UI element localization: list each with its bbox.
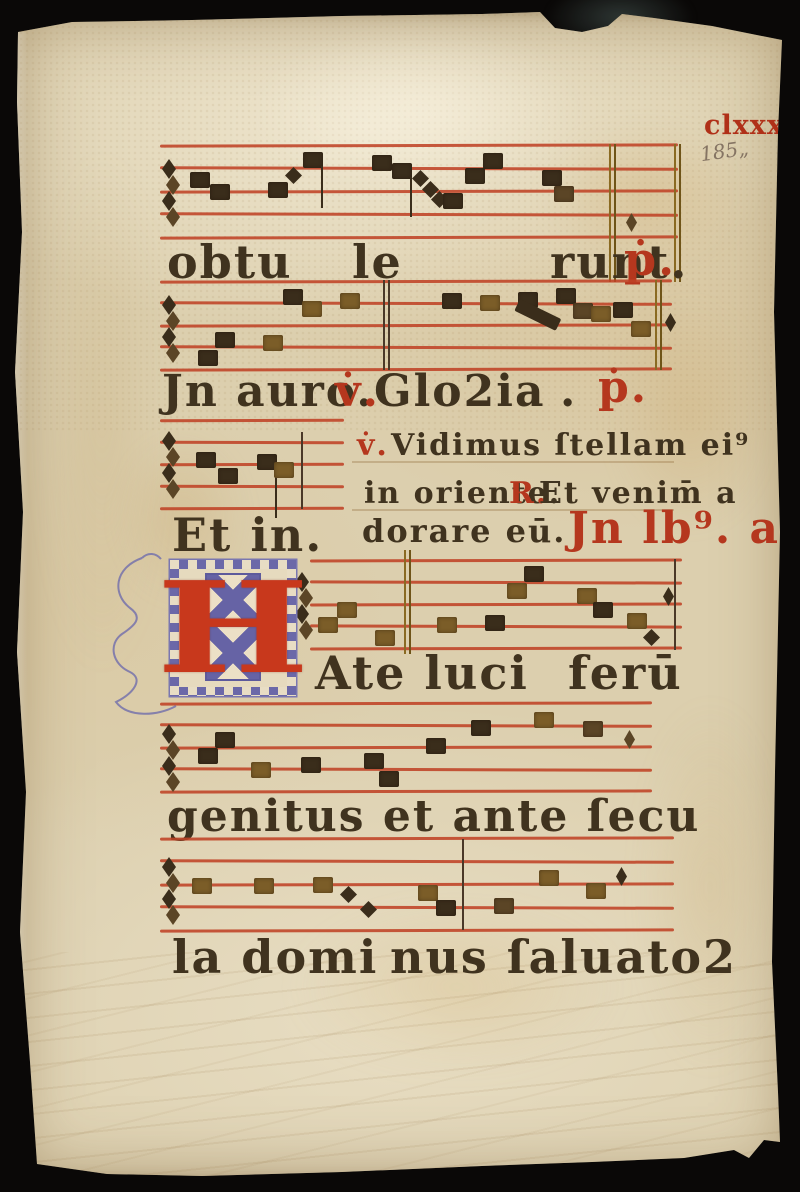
neume-square bbox=[418, 885, 438, 901]
neume-square bbox=[631, 321, 651, 337]
neume-square bbox=[263, 335, 283, 351]
double-barline bbox=[404, 550, 411, 654]
staff-line bbox=[160, 859, 674, 863]
neume-square bbox=[542, 170, 562, 186]
neume-square bbox=[364, 753, 384, 769]
neume-square bbox=[301, 757, 321, 773]
neume-square bbox=[573, 303, 593, 319]
neume-square bbox=[613, 302, 633, 318]
lyric-text: ferū bbox=[568, 650, 683, 696]
line-start-lozenge bbox=[166, 873, 180, 893]
line-start-lozenge bbox=[166, 479, 180, 499]
lyric-text: ṗ. bbox=[598, 366, 648, 410]
neume-square bbox=[337, 602, 357, 618]
neume-square bbox=[215, 332, 235, 348]
neume-square bbox=[524, 566, 544, 582]
neume-square bbox=[593, 602, 613, 618]
neume-square bbox=[283, 289, 303, 305]
neume-square bbox=[554, 186, 574, 202]
neume-square bbox=[372, 155, 392, 171]
barline bbox=[674, 559, 676, 650]
lyric-text: . bbox=[560, 370, 577, 414]
staff-line bbox=[160, 419, 344, 422]
neume-square bbox=[318, 617, 338, 633]
illuminated-initial-block: H bbox=[170, 560, 296, 696]
neume-square bbox=[437, 617, 457, 633]
staff-line bbox=[310, 559, 682, 563]
lyric-text: dorare eū. bbox=[362, 515, 566, 547]
neume-square bbox=[494, 898, 514, 914]
manuscript-photo: obtulerunt.ṗ.Jn auro.v̇.Glo2ia.ṗ.Et in.v… bbox=[0, 0, 800, 1192]
neume-square bbox=[210, 184, 230, 200]
neume-square bbox=[583, 721, 603, 737]
neume-stem bbox=[410, 177, 412, 217]
neume-square bbox=[443, 193, 463, 209]
neume-square bbox=[340, 293, 360, 309]
neume-square bbox=[215, 732, 235, 748]
lyric-text: genitus et ante ſecu bbox=[167, 795, 700, 839]
double-barline bbox=[383, 280, 390, 370]
neume-square bbox=[192, 878, 212, 894]
neume-square bbox=[268, 182, 288, 198]
lyric-text: Et in. bbox=[172, 512, 323, 558]
lyric-text: nus ſaluato2 bbox=[390, 934, 737, 980]
neume-square bbox=[442, 293, 462, 309]
neume-stem bbox=[321, 166, 323, 208]
neume-diamond bbox=[340, 886, 357, 903]
neume-square bbox=[375, 630, 395, 646]
neume-square bbox=[302, 301, 322, 317]
barline bbox=[462, 839, 464, 930]
neume-square bbox=[379, 771, 399, 787]
staff-line bbox=[160, 485, 344, 488]
double-barline bbox=[655, 280, 662, 370]
neume-diamond bbox=[285, 167, 302, 184]
line-start-lozenge bbox=[162, 756, 176, 776]
staff-line bbox=[160, 723, 652, 727]
line-start-lozenge bbox=[166, 311, 180, 331]
neume-square bbox=[392, 163, 412, 179]
neume-square bbox=[303, 152, 323, 168]
lyric-text: le bbox=[352, 239, 403, 285]
neume-square bbox=[254, 878, 274, 894]
line-start-lozenge bbox=[166, 207, 180, 227]
neume-square bbox=[218, 468, 238, 484]
line-start-lozenge bbox=[162, 327, 176, 347]
lyric-text: Vidimus ſtellam ei⁹ bbox=[391, 431, 750, 461]
neume-square bbox=[426, 738, 446, 754]
lyric-text: ṗ. bbox=[624, 236, 676, 282]
staff-line bbox=[160, 463, 344, 466]
neume-square bbox=[534, 712, 554, 728]
neume-square bbox=[465, 168, 485, 184]
parchment-leaf: obtulerunt.ṗ.Jn auro.v̇.Glo2ia.ṗ.Et in.v… bbox=[12, 12, 792, 1180]
staff-line bbox=[160, 301, 672, 305]
staff-line bbox=[160, 166, 678, 170]
staff-line bbox=[310, 580, 682, 584]
neume-square bbox=[480, 295, 500, 311]
lyric-text: obtu bbox=[167, 239, 293, 285]
barline bbox=[301, 432, 303, 509]
lyric-text: Glo2ia bbox=[374, 370, 545, 414]
neume-square bbox=[313, 877, 333, 893]
neume-square bbox=[274, 462, 294, 478]
lyric-text: Ate luci bbox=[315, 650, 529, 696]
lyric-text: Jn lb⁹. aña. bbox=[568, 507, 800, 551]
neume-diamond bbox=[412, 170, 429, 187]
line-start-lozenge bbox=[166, 772, 180, 792]
neume-square bbox=[471, 720, 491, 736]
line-start-lozenge bbox=[162, 191, 176, 211]
neume-diamond bbox=[643, 629, 660, 646]
neume-square bbox=[556, 288, 576, 304]
neume-square bbox=[198, 748, 218, 764]
staff-line bbox=[160, 323, 672, 327]
line-start-lozenge bbox=[166, 905, 180, 925]
neume-square bbox=[198, 350, 218, 366]
line-start-lozenge bbox=[162, 295, 176, 315]
staff-line bbox=[160, 189, 678, 193]
folio-number: clxxxv bbox=[704, 110, 800, 141]
neume-square bbox=[251, 762, 271, 778]
neume-square bbox=[627, 613, 647, 629]
staff-line bbox=[160, 345, 672, 349]
staff-line bbox=[160, 767, 652, 771]
neume-square bbox=[436, 900, 456, 916]
staff-line bbox=[160, 441, 344, 444]
initial-inner-panel: H bbox=[179, 569, 287, 687]
neume-square bbox=[586, 883, 606, 899]
neume-square bbox=[485, 615, 505, 631]
neume-square bbox=[190, 172, 210, 188]
neume-diamond bbox=[360, 901, 377, 918]
lyric-text: la domi bbox=[172, 934, 378, 980]
staff-line bbox=[310, 603, 682, 607]
line-start-lozenge bbox=[162, 463, 176, 483]
line-start-lozenge bbox=[162, 159, 176, 179]
neume-square bbox=[539, 870, 559, 886]
custos bbox=[665, 313, 676, 332]
neume-square bbox=[591, 306, 611, 322]
initial-letter: H bbox=[164, 569, 302, 687]
lyric-text: v̇. bbox=[357, 431, 389, 461]
staff-line bbox=[160, 905, 674, 909]
line-start-lozenge bbox=[166, 740, 180, 760]
neume-square bbox=[196, 452, 216, 468]
neume-square bbox=[507, 583, 527, 599]
neume-square bbox=[483, 153, 503, 169]
line-start-lozenge bbox=[162, 431, 176, 451]
staff-line bbox=[160, 212, 678, 216]
staff-line bbox=[160, 143, 678, 147]
